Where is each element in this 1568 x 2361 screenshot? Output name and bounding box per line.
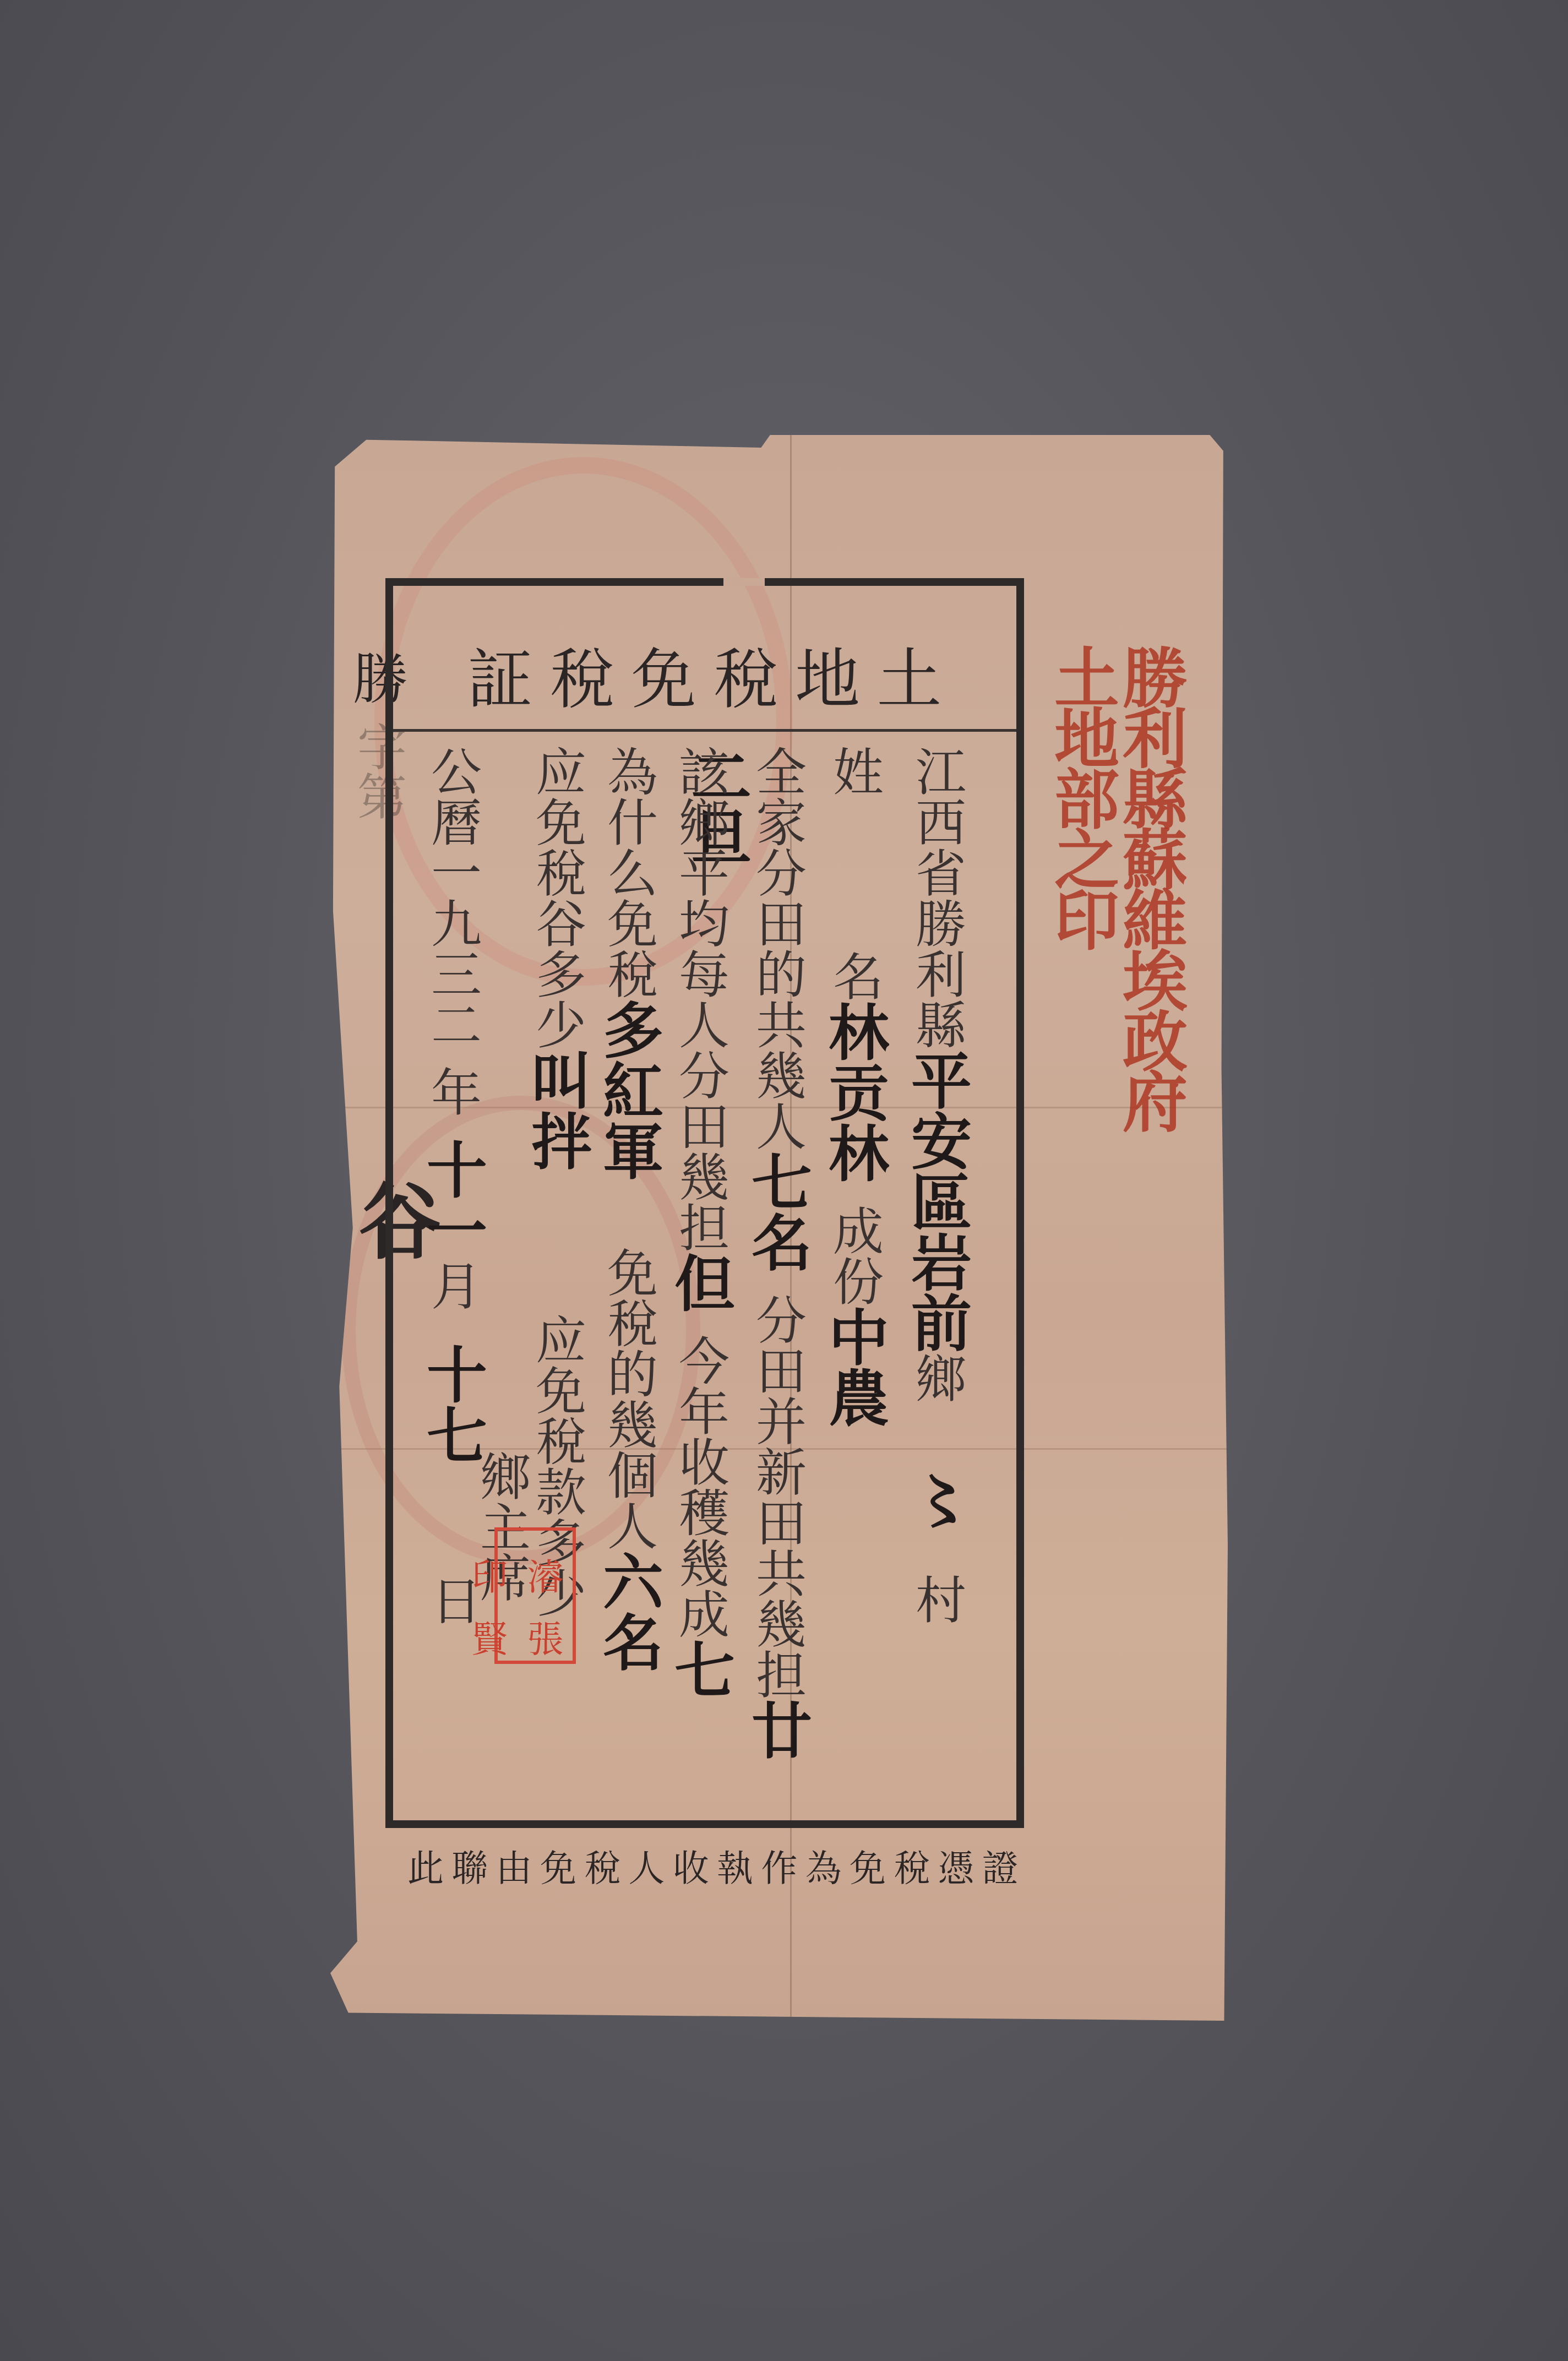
footer-char: 收 bbox=[673, 1839, 709, 1891]
land-total-question: 分田并新田共幾担 bbox=[748, 1294, 807, 1699]
exemption-reason-question: 為什么免稅 bbox=[599, 746, 658, 999]
footer-char: 聯 bbox=[451, 1839, 488, 1891]
footer-char: 由 bbox=[496, 1839, 532, 1891]
handwritten-household-count: 七 bbox=[742, 1151, 813, 1211]
seal-char: 賢 bbox=[460, 1597, 513, 1656]
handwritten-name: 林贡林 bbox=[819, 1001, 890, 1183]
footer-char: 人 bbox=[628, 1839, 665, 1891]
footer-char: 此 bbox=[407, 1839, 444, 1891]
frame-gap bbox=[723, 578, 765, 586]
title-char: 地 bbox=[795, 627, 860, 721]
era-label: 公曆 bbox=[423, 746, 482, 847]
title-char: 証 bbox=[467, 627, 532, 721]
footer-char: 憑 bbox=[938, 1839, 974, 1891]
surname-label: 姓 bbox=[825, 746, 884, 796]
class-status-label: 成份 bbox=[825, 1205, 884, 1306]
name-column: 姓名林贡林成份中農 bbox=[824, 746, 884, 1427]
name-label: 名 bbox=[825, 950, 884, 1001]
exempt-grain-column: 应免稅谷多少叫拌应免稅款多少 bbox=[526, 746, 587, 1618]
footer-char: 證 bbox=[982, 1839, 1019, 1891]
footer-char: 稅 bbox=[584, 1839, 620, 1891]
title-char: 土 bbox=[877, 627, 942, 721]
tax-exemption-certificate: 勝 字第 谷 土 地 稅 免 稅 証 江西省勝利縣平安區岩前鄉〻村 姓名林贡林成… bbox=[330, 435, 1228, 2021]
exempt-grain-question: 应免稅谷多少 bbox=[527, 746, 586, 1049]
month-label: 月 bbox=[423, 1260, 482, 1310]
printed-province-county: 江西省勝利縣 bbox=[907, 746, 966, 1049]
title-char: 稅 bbox=[549, 627, 614, 721]
average-column: 該鄉平均每人分田幾担但今年收穫幾成七 bbox=[669, 746, 730, 1699]
certificate-body: 江西省勝利縣平安區岩前鄉〻村 姓名林贡林成份中農 全家分田的共幾人七名分田并新田… bbox=[399, 746, 1011, 1809]
household-count-question: 全家分田的共幾人 bbox=[748, 746, 807, 1151]
title-char: 免 bbox=[631, 627, 696, 721]
year-label: 年 bbox=[423, 1066, 482, 1117]
location-column: 江西省勝利縣平安區岩前鄉〻村 bbox=[906, 746, 967, 1624]
title-divider bbox=[393, 729, 1016, 732]
township-label: 鄉 bbox=[907, 1352, 966, 1403]
handwritten-district: 平安區 bbox=[901, 1049, 972, 1231]
village-label: 村 bbox=[907, 1574, 966, 1624]
footer-char: 免 bbox=[540, 1839, 576, 1891]
handwritten-grain-amount: 叫拌 bbox=[521, 1049, 592, 1171]
chairman-seal: 張 濬 賢 印 bbox=[494, 1527, 576, 1664]
average-land-question: 該鄉平均每人分田幾担 bbox=[671, 746, 729, 1252]
month-value: 十一 bbox=[417, 1139, 488, 1260]
certificate-title: 土 地 稅 免 稅 証 bbox=[393, 630, 1016, 718]
handwritten-reason: 多紅軍 bbox=[593, 999, 664, 1180]
footer-char: 執 bbox=[717, 1839, 753, 1891]
footer-char: 作 bbox=[761, 1839, 797, 1891]
exemption-reason-column: 為什么免稅多紅軍免稅的幾個人六名 bbox=[598, 746, 658, 1672]
footer-char: 稅 bbox=[894, 1839, 930, 1891]
title-char: 稅 bbox=[713, 627, 778, 721]
seal-char: 濬 bbox=[516, 1535, 568, 1594]
people-suffix: 名 bbox=[593, 1611, 664, 1672]
handwritten-harvest: 七 bbox=[665, 1639, 736, 1699]
certificate-footer: 證 憑 稅 免 為 作 執 收 人 稅 免 由 聯 此 bbox=[407, 1839, 1019, 1891]
day-value: 十七 bbox=[417, 1343, 488, 1465]
certificate-frame: 土 地 稅 免 稅 証 江西省勝利縣平安區岩前鄉〻村 姓名林贡林成份中農 全家分… bbox=[385, 578, 1024, 1828]
handwritten-exempt-people: 六 bbox=[593, 1551, 664, 1611]
count-suffix: 名 bbox=[742, 1211, 813, 1272]
seal-char: 張 bbox=[516, 1597, 568, 1656]
county-land-department-stamp: 勝利縣蘇維埃政府土地部之印 bbox=[1002, 644, 1184, 1162]
footer-char: 為 bbox=[805, 1839, 842, 1891]
footer-char: 免 bbox=[850, 1839, 886, 1891]
handwritten-village: 〻 bbox=[901, 1469, 972, 1530]
year-value: 一九三二 bbox=[423, 847, 482, 1049]
seal-char: 印 bbox=[460, 1535, 513, 1594]
handwritten-township: 岩前 bbox=[901, 1231, 972, 1352]
handwritten-class-status: 中農 bbox=[819, 1306, 890, 1427]
exempt-people-question: 免稅的幾個人 bbox=[599, 1247, 658, 1551]
date-column: 公曆一九三二年十一月十七日 bbox=[422, 746, 482, 1625]
harvest-question: 今年收穫幾成 bbox=[671, 1335, 729, 1639]
handwritten-average-land: 但 bbox=[665, 1252, 736, 1313]
